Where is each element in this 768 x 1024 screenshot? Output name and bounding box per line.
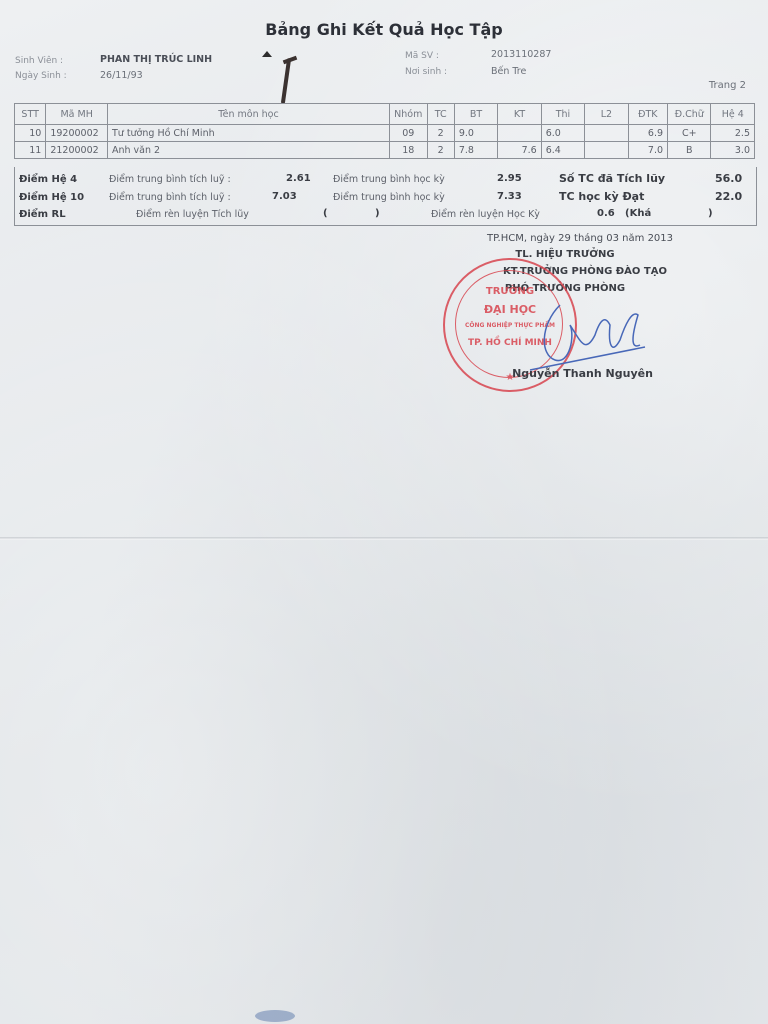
cell-letter-grade: C+	[668, 125, 711, 142]
col-group: Nhóm	[389, 104, 427, 125]
credits-sem-label: TC học kỳ Đạt	[559, 190, 644, 203]
rl-cum-label: Điểm rèn luyện Tích lũy	[136, 209, 249, 220]
cell-dtk: 7.0	[628, 142, 667, 159]
dob-value: 26/11/93	[100, 70, 143, 81]
signer-name: Nguyễn Thanh Nguyên	[500, 367, 665, 380]
col-kt: KT	[498, 104, 541, 125]
ink-mark	[262, 51, 272, 57]
scale10-sem-value: 7.33	[497, 191, 522, 202]
cell-subject-name: Tư tưởng Hồ Chí Minh	[107, 125, 389, 142]
grades-table: STT Mã MH Tên môn học Nhóm TC BT KT Thi …	[14, 103, 755, 159]
paper-fold-crease	[0, 537, 768, 540]
col-credits: TC	[427, 104, 454, 125]
col-dtk: ĐTK	[628, 104, 667, 125]
student-id: 2013110287	[491, 49, 551, 60]
cell-scale4: 2.5	[711, 125, 755, 142]
handwritten-signature	[520, 285, 660, 375]
col-stt: STT	[15, 104, 46, 125]
col-letter-grade: Đ.Chữ	[668, 104, 711, 125]
cell-kt	[498, 125, 541, 142]
place-date: TP.HCM, ngày 29 tháng 03 năm 2013	[470, 233, 690, 244]
student-id-label: Mã SV :	[405, 51, 439, 61]
birthplace-label: Nơi sinh :	[405, 67, 447, 77]
table-row: 11 21200002 Anh văn 2 18 2 7.8 7.6 6.4 7…	[15, 142, 755, 159]
student-name: PHAN THỊ TRÚC LINH	[100, 54, 212, 65]
rl-sem-rank: (Khá	[625, 208, 651, 219]
scale10-cum-label: Điểm trung bình tích luỹ :	[109, 192, 231, 203]
rl-sem-close: )	[708, 208, 713, 219]
cell-bt: 7.8	[454, 142, 497, 159]
cell-l2	[585, 125, 628, 142]
col-subject-name: Tên môn học	[107, 104, 389, 125]
cell-kt: 7.6	[498, 142, 541, 159]
cell-credits: 2	[427, 125, 454, 142]
scale4-cum-value: 2.61	[286, 173, 311, 184]
col-l2: L2	[585, 104, 628, 125]
scale4-sem-value: 2.95	[497, 173, 522, 184]
table-row: 10 19200002 Tư tưởng Hồ Chí Minh 09 2 9.…	[15, 125, 755, 142]
cell-stt: 10	[15, 125, 46, 142]
col-subject-code: Mã MH	[46, 104, 108, 125]
cell-subject-code: 21200002	[46, 142, 108, 159]
cell-letter-grade: B	[668, 142, 711, 159]
cell-subject-code: 19200002	[46, 125, 108, 142]
ink-smudge	[255, 1010, 295, 1022]
cell-subject-name: Anh văn 2	[107, 142, 389, 159]
scale10-sem-label: Điểm trung bình học kỳ	[333, 192, 445, 203]
cell-group: 18	[389, 142, 427, 159]
cell-group: 09	[389, 125, 427, 142]
table-header-row: STT Mã MH Tên môn học Nhóm TC BT KT Thi …	[15, 104, 755, 125]
cell-bt: 9.0	[454, 125, 497, 142]
scale10-label: Điểm Hệ 10	[19, 192, 84, 203]
scale4-sem-label: Điểm trung bình học kỳ	[333, 174, 445, 185]
scale4-cum-label: Điểm trung bình tích luỹ :	[109, 174, 231, 185]
cell-dtk: 6.9	[628, 125, 667, 142]
col-exam: Thi	[541, 104, 584, 125]
cell-credits: 2	[427, 142, 454, 159]
credits-cum-label: Số TC đã Tích lũy	[559, 172, 665, 185]
col-scale4: Hệ 4	[711, 104, 755, 125]
page-number: Trang 2	[709, 80, 746, 91]
credits-cum-value: 56.0	[715, 172, 742, 185]
rl-cum-open: (	[323, 208, 328, 219]
rl-sem-value: 0.6	[597, 208, 615, 219]
cell-exam: 6.0	[541, 125, 584, 142]
birthplace-value: Bến Tre	[491, 66, 526, 77]
cell-stt: 11	[15, 142, 46, 159]
scale4-label: Điểm Hệ 4	[19, 174, 77, 185]
col-bt: BT	[454, 104, 497, 125]
document-title: Bảng Ghi Kết Quả Học Tập	[0, 20, 768, 39]
summary-block: Điểm Hệ 4 Điểm trung bình tích luỹ : 2.6…	[14, 167, 757, 226]
rl-label: Điểm RL	[19, 209, 66, 220]
ink-mark	[281, 58, 291, 104]
cell-l2	[585, 142, 628, 159]
credits-sem-value: 22.0	[715, 190, 742, 203]
cell-exam: 6.4	[541, 142, 584, 159]
dob-label: Ngày Sinh :	[15, 71, 67, 81]
cell-scale4: 3.0	[711, 142, 755, 159]
student-name-label: Sinh Viên :	[15, 56, 63, 66]
scale10-cum-value: 7.03	[272, 191, 297, 202]
rl-cum-close: )	[375, 208, 380, 219]
rl-sem-label: Điểm rèn luyện Học Kỳ	[431, 209, 540, 220]
